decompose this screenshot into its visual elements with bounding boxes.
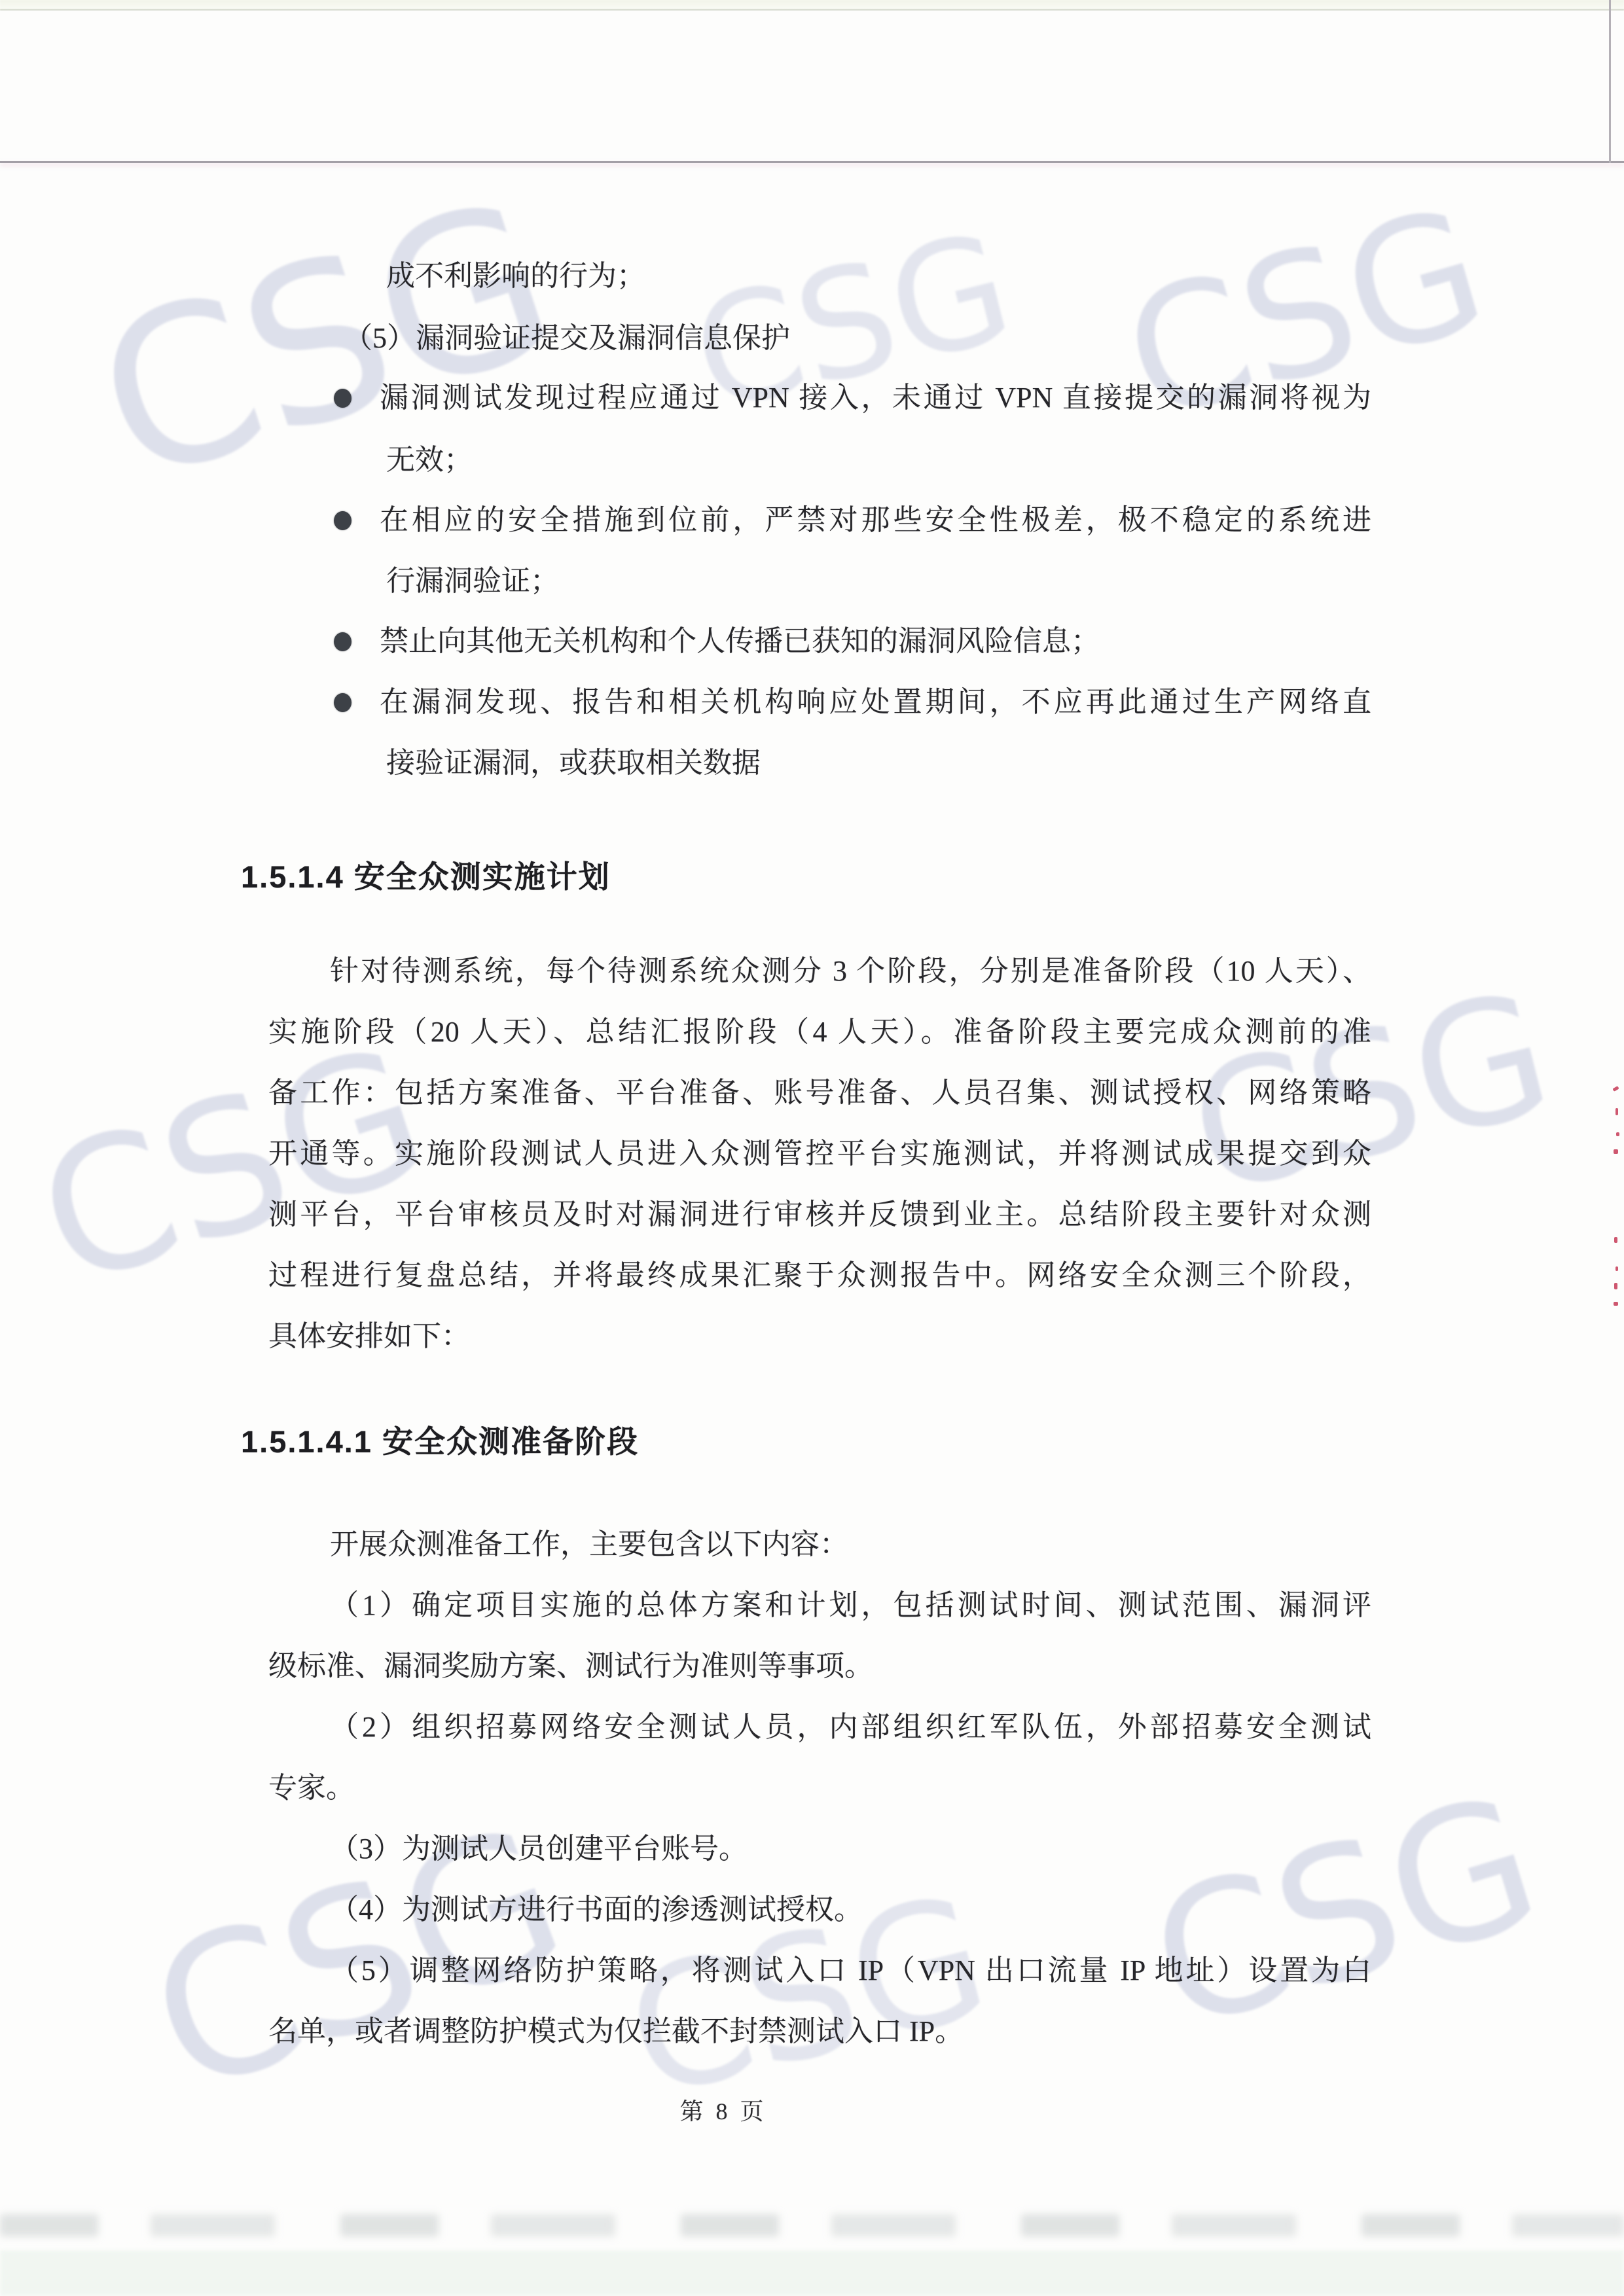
section-heading: 1.5.1.4.1 安全众测准备阶段: [241, 1418, 639, 1462]
section-heading: 1.5.1.4 安全众测实施计划: [241, 853, 611, 897]
list-item-heading: （5）漏洞验证提交及漏洞信息保护: [344, 319, 790, 357]
header-rule-line: [0, 161, 1624, 163]
bullet-icon: [334, 511, 352, 530]
bullet-line: 行漏洞验证；: [386, 562, 559, 600]
bullet-line: 接验证漏洞，或获取相关数据: [386, 744, 761, 782]
paragraph-line: 开展众测准备工作，主要包含以下内容：: [330, 1525, 848, 1564]
paragraph-line: 具体安排如下：: [268, 1317, 470, 1355]
paragraph-line: 针对待测系统，每个待测系统众测分 3 个阶段，分别是准备阶段（10 人天）、: [330, 952, 1371, 990]
paragraph-line: （2）组织招募网络安全测试人员，内部组织红军队伍，外部招募安全测试: [330, 1708, 1371, 1746]
scan-bottom-edge: [0, 2250, 1624, 2296]
bullet-line: 无效；: [386, 440, 473, 479]
paragraph-line: 实施阶段（20 人天）、总结汇报阶段（4 人天）。准备阶段主要完成众测前的准: [268, 1013, 1371, 1051]
scanned-document-page: CSG CSG CSG CSG CSG CSG CSG CSG 成不利影响的行为…: [0, 0, 1624, 2296]
red-scan-mark: [1615, 1108, 1618, 1115]
paragraph-line: （1）确定项目实施的总体方案和计划，包括测试时间、测试范围、漏洞评: [330, 1586, 1371, 1624]
bullet-icon: [334, 389, 352, 408]
bullet-icon: [334, 693, 352, 712]
paragraph-line: 专家。: [268, 1768, 355, 1807]
bullet-line: 在相应的安全措施到位前，严禁对那些安全性极差，极不稳定的系统进: [380, 501, 1371, 539]
bullet-line: 禁止向其他无关机构和个人传播已获知的漏洞风险信息；: [380, 622, 1100, 660]
paragraph-line: （4）为测试方进行书面的渗透测试授权。: [330, 1890, 863, 1929]
red-scan-mark: [1616, 1132, 1619, 1136]
paragraph-line: （5）调整网络防护策略，将测试入口 IP（VPN 出口流量 IP 地址）设置为白: [330, 1951, 1371, 1990]
paragraph-line: 过程进行复盘总结，并将最终成果汇聚于众测报告中。网络安全众测三个阶段，: [268, 1256, 1371, 1295]
paragraph-line: （3）为测试人员创建平台账号。: [330, 1829, 748, 1868]
scan-bleedthrough-band: [0, 2214, 1624, 2236]
bullet-line: 漏洞测试发现过程应通过 VPN 接入，未通过 VPN 直接提交的漏洞将视为: [380, 378, 1371, 417]
red-scan-mark: [1614, 1302, 1618, 1306]
scan-top-edge: [0, 0, 1624, 10]
bullet-line: 在漏洞发现、报告和相关机构响应处置期间，不应再此通过生产网络直: [380, 683, 1371, 721]
paragraph-line: 测平台，平台审核员及时对漏洞进行审核并反馈到业主。总结阶段主要针对众测: [268, 1195, 1371, 1234]
red-scan-mark: [1614, 1149, 1618, 1154]
bullet-icon: [334, 632, 352, 651]
paragraph-line: 级标准、漏洞奖励方案、测试行为准则等事项。: [268, 1647, 873, 1685]
red-scan-mark: [1614, 1283, 1617, 1289]
paragraph-line: 名单，或者调整防护模式为仅拦截不封禁测试入口 IP。: [268, 2012, 964, 2051]
body-line: 成不利影响的行为；: [386, 257, 645, 295]
paragraph-line: 备工作：包括方案准备、平台准备、账号准备、人员召集、测试授权、网络策略: [268, 1073, 1371, 1112]
csg-watermark: CSG: [1129, 1755, 1561, 2072]
header-corner-vertical-line: [1609, 0, 1611, 163]
red-scan-mark: [1614, 1237, 1617, 1243]
red-scan-mark: [1615, 1266, 1618, 1271]
paragraph-line: 开通等。实施阶段测试人员进入众测管控平台实施测试，并将测试成果提交到众: [268, 1134, 1371, 1173]
red-scan-mark: [1612, 1086, 1619, 1092]
page-number-footer: 第 8 页: [0, 2093, 1447, 2126]
